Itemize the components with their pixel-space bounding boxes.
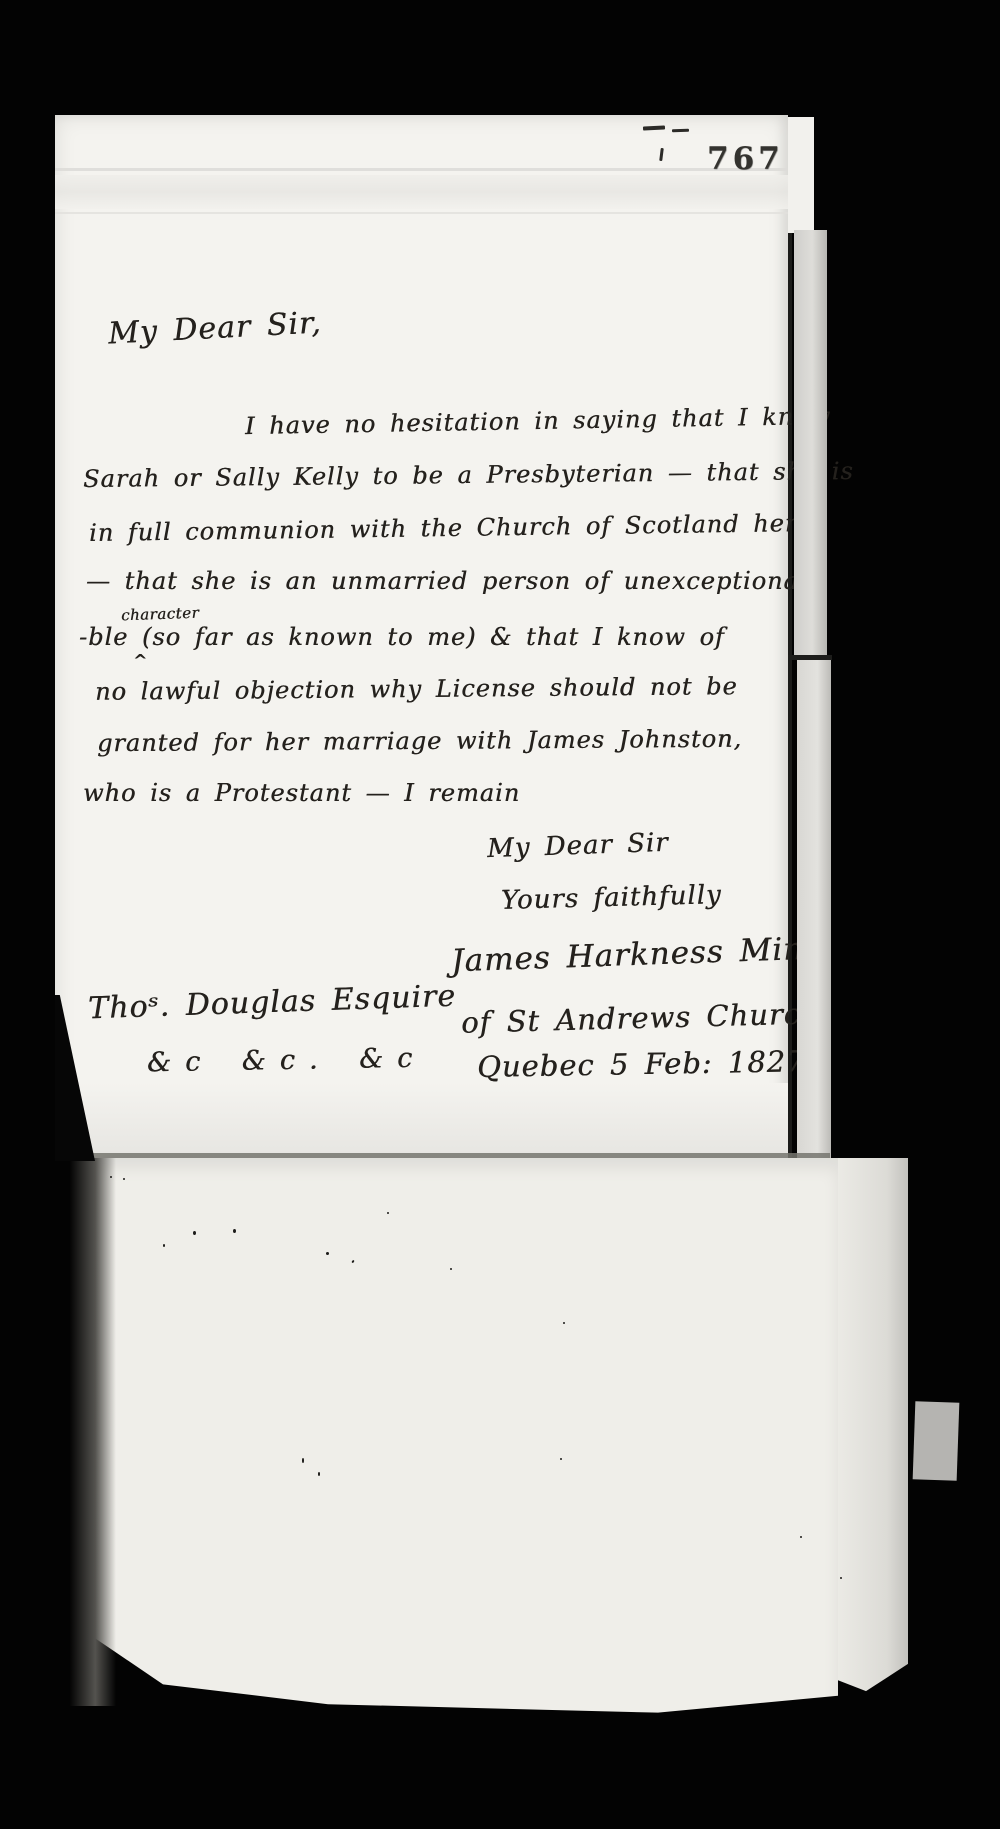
scan-band — [55, 175, 788, 209]
stray-dash-mark — [672, 129, 689, 133]
ink-speck — [560, 1458, 562, 1460]
body-line: granted for her marriage with James John… — [97, 725, 742, 758]
ink-speck — [163, 1244, 165, 1247]
page-edge-seam — [788, 233, 792, 1158]
page-edge-extension — [788, 117, 814, 233]
lower-blank-page — [88, 1158, 838, 1724]
insertion-caret-mark: ^ — [133, 651, 148, 671]
interlinear-insertion: character — [121, 604, 200, 625]
ink-speck — [193, 1231, 196, 1235]
stray-tick-mark — [659, 148, 664, 161]
body-line: — that she is an unmarried person of une… — [86, 567, 824, 595]
ink-speck — [326, 1252, 329, 1255]
ink-speck — [800, 1536, 802, 1538]
salutation: My Dear Sir, — [107, 305, 322, 351]
signature-church: of St Andrews Church — [461, 996, 821, 1039]
binding-gutter-shadow — [70, 1158, 116, 1706]
signature-place-date: Quebec 5 Feb: 1827. — [477, 1044, 816, 1084]
lower-page-right-edge — [838, 1158, 908, 1702]
far-right-paper-patch — [913, 1401, 960, 1480]
closing-line: My Dear Sir — [487, 828, 669, 864]
body-line: in full communion with the Church of Sco… — [89, 509, 813, 547]
adjacent-page-sliver — [794, 230, 827, 660]
body-line: I have no hesitation in saying that I kn… — [245, 402, 832, 440]
addressee-etcetera: &c &c. &c — [147, 1043, 427, 1079]
closing-line: Yours faithfully — [501, 880, 722, 916]
body-line: Sarah or Sally Kelly to be a Presbyteria… — [83, 457, 854, 493]
body-line: no lawful objection why License should n… — [95, 672, 738, 706]
stray-dash-mark — [643, 125, 665, 130]
letter-page: 767 My Dear Sir, I have no hesitation in… — [55, 115, 788, 1160]
ink-speck — [123, 1178, 125, 1180]
ink-speck — [302, 1458, 304, 1463]
ink-speck — [233, 1229, 236, 1233]
body-line: -ble (so far as known to me) & that I kn… — [79, 623, 725, 651]
scan-band — [55, 168, 788, 171]
page-bottom-seam — [60, 1153, 830, 1158]
ink-speck — [563, 1322, 565, 1324]
archival-scan-frame: 767 My Dear Sir, I have no hesitation in… — [0, 0, 1000, 1829]
scan-band — [55, 212, 788, 214]
adjacent-page-sliver — [797, 660, 831, 1158]
signature-name: James Harkness Minʳ — [450, 931, 816, 980]
ink-speck — [387, 1212, 389, 1214]
ink-speck — [450, 1268, 452, 1270]
body-line: who is a Protestant — I remain — [83, 779, 520, 807]
ink-speck — [110, 1176, 112, 1178]
ink-speck — [318, 1472, 320, 1476]
ink-speck — [840, 1577, 842, 1579]
addressee-name: Thoˢ. Douglas Esquire — [88, 979, 457, 1027]
page-bottom-shading — [55, 1083, 788, 1160]
